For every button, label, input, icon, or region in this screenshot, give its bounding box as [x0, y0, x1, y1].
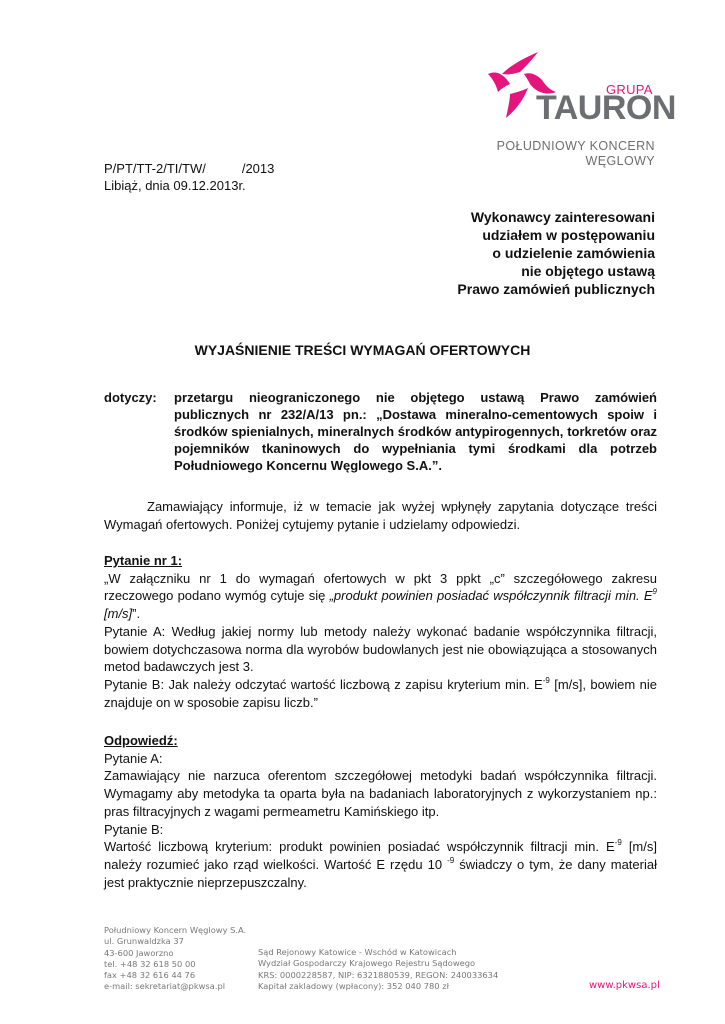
answer-a-text: Zamawiający nie narzuca oferentom szczeg… — [104, 767, 657, 820]
subject-label: dotyczy: — [104, 389, 157, 406]
footer-email[interactable]: e-mail: sekretariat@pkwsa.pl — [104, 981, 246, 992]
logo-company-line1: POŁUDNIOWY KONCERN — [497, 139, 655, 153]
footer-company: Południowy Koncern Węglowy S.A. — [104, 925, 246, 936]
question-heading: Pytanie nr 1: — [104, 552, 657, 570]
footer-website-link[interactable]: www.pkwsa.pl — [589, 980, 660, 991]
addressee-line: udziałem w postępowaniu — [457, 226, 655, 244]
question-section: Pytanie nr 1: „W załączniku nr 1 do wyma… — [104, 552, 657, 711]
footer-fax: fax +48 32 616 44 76 — [104, 970, 246, 981]
answer-a-label: Pytanie A: — [104, 750, 657, 768]
document-title: WYJAŚNIENIE TREŚCI WYMAGAŃ OFERTOWYCH — [0, 342, 725, 358]
reference-block: P/PT/TT-2/TI/TW//2013 Libiąż, dnia 09.12… — [104, 160, 274, 194]
footer-department: Wydział Gospodarczy Krajowego Rejestru S… — [258, 958, 498, 969]
question-quote: „W załączniku nr 1 do wymagań ofertowych… — [104, 570, 657, 623]
footer-street: ul. Grunwaldzka 37 — [104, 936, 246, 947]
answer-heading: Odpowiedź: — [104, 732, 657, 750]
addressee-block: Wykonawcy zainteresowani udziałem w post… — [457, 208, 655, 298]
addressee-line: Wykonawcy zainteresowani — [457, 208, 655, 226]
question-part-b: Pytanie B: Jak należy odczytać wartość l… — [104, 676, 657, 711]
logo-company-line2: WĘGLOWY — [586, 154, 655, 168]
addressee-line: nie objętego ustawą — [457, 262, 655, 280]
footer-address: Południowy Koncern Węglowy S.A. ul. Grun… — [104, 925, 246, 993]
subject-block: dotyczy: przetargu nieograniczonego nie … — [104, 389, 657, 474]
logo-brand-name: TAURON — [536, 89, 676, 128]
intro-paragraph: Zamawiający informuje, iż w temacie jak … — [104, 498, 657, 533]
footer-capital: Kapitał zakladowy (wpłacony): 352 040 78… — [258, 981, 498, 992]
footer-phone: tel. +48 32 618 50 00 — [104, 959, 246, 970]
answer-b-label: Pytanie B: — [104, 821, 657, 839]
answer-b-text: Wartość liczbową kryterium: produkt powi… — [104, 838, 657, 891]
addressee-line: Prawo zamówień publicznych — [457, 280, 655, 298]
answer-section: Odpowiedź: Pytanie A: Zamawiający nie na… — [104, 732, 657, 891]
question-part-a: Pytanie A: Według jakiej normy lub metod… — [104, 623, 657, 676]
reference-number: P/PT/TT-2/TI/TW//2013 — [104, 160, 274, 177]
footer-registry: Sąd Rejonowy Katowice - Wschód w Katowic… — [258, 947, 498, 992]
footer-city: 43-600 Jaworzno — [104, 948, 246, 959]
place-date: Libiąż, dnia 09.12.2013r. — [104, 177, 274, 194]
subject-text: przetargu nieograniczonego nie objętego … — [174, 389, 657, 474]
footer-court: Sąd Rejonowy Katowice - Wschód w Katowic… — [258, 947, 498, 958]
footer-ids: KRS: 0000228587, NIP: 6321880539, REGON:… — [258, 970, 498, 981]
company-logo: GRUPA TAURON POŁUDNIOWY KONCERN WĘGLOWY — [480, 48, 670, 168]
addressee-line: o udzielenie zamówienia — [457, 244, 655, 262]
